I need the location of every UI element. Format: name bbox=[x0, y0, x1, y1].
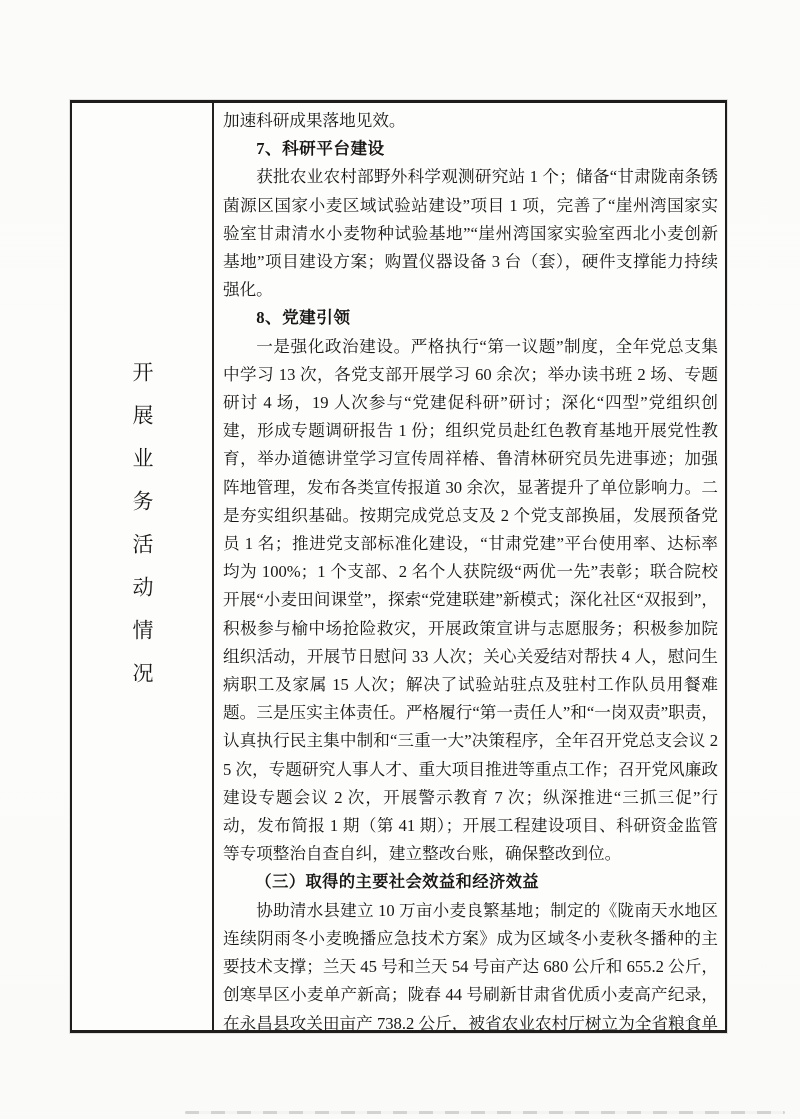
scanned-document-page: 开展业务活动情况 加速科研成果落地见效。 7、科研平台建设 获批农业农村部野外科… bbox=[0, 0, 800, 1119]
report-table: 开展业务活动情况 加速科研成果落地见效。 7、科研平台建设 获批农业农村部野外科… bbox=[70, 100, 727, 1033]
paragraph-party-building: 一是强化政治建设。严格执行“第一议题”制度，全年党总支集中学习 13 次，各党支… bbox=[223, 333, 718, 869]
scan-artifact-next-page-edge bbox=[185, 1111, 785, 1114]
paragraph-benefits: 协助清水县建立 10 万亩小麦良繁基地；制定的《陇南天水地区连续阴雨冬小麦晚播应… bbox=[223, 897, 718, 1030]
heading-section-benefits: （三）取得的主要社会效益和经济效益 bbox=[223, 868, 718, 896]
heading-research-platform: 7、科研平台建设 bbox=[223, 135, 718, 163]
row-header-vertical-label: 开展业务活动情况 bbox=[127, 361, 157, 705]
report-content-cell: 加速科研成果落地见效。 7、科研平台建设 获批农业农村部野外科学观测研究站 1 … bbox=[214, 103, 725, 1030]
row-header-cell: 开展业务活动情况 bbox=[72, 103, 214, 1030]
heading-party-building: 8、党建引领 bbox=[223, 304, 718, 332]
paragraph-continuation: 加速科研成果落地见效。 bbox=[223, 107, 718, 135]
paragraph-research-platform: 获批农业农村部野外科学观测研究站 1 个；储备“甘肃陇南条锈菌源区国家小麦区域试… bbox=[223, 163, 718, 304]
